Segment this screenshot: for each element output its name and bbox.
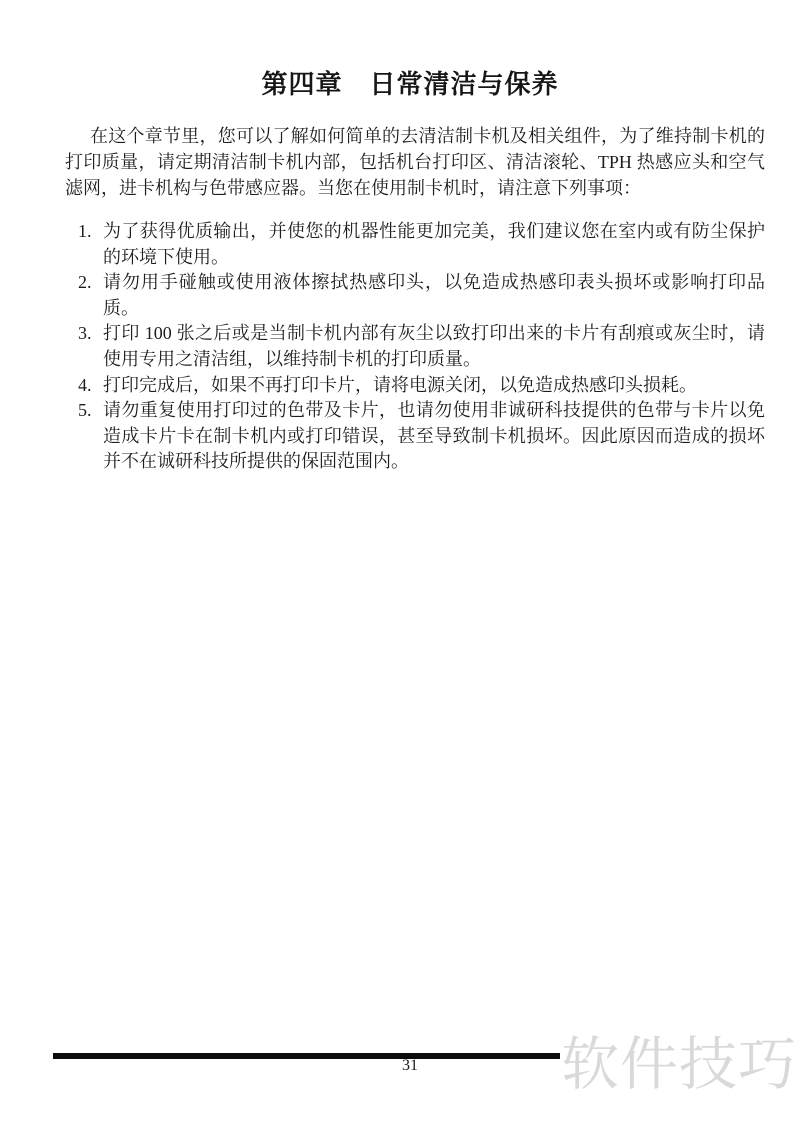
chapter-title: 第四章 日常清洁与保养 — [60, 64, 760, 101]
list-item: 1. 为了获得优质输出，并使您的机器性能更加完美，我们建议您在室内或有防尘保护的… — [78, 219, 765, 270]
document-page: 第四章 日常清洁与保养 在这个章节里，您可以了解如何简单的去清洁制卡机及相关组件… — [0, 0, 800, 1132]
list-item-text: 请勿重复使用打印过的色带及卡片，也请勿使用非诚研科技提供的色带与卡片以免造成卡片… — [103, 398, 765, 475]
list-item-text: 打印完成后，如果不再打印卡片，请将电源关闭，以免造成热感印头损耗。 — [103, 373, 765, 399]
list-item: 2. 请勿用手碰触或使用液体擦拭热感印头，以免造成热感印表头损坏或影响打印品质。 — [78, 270, 765, 321]
footer-rule — [53, 1053, 560, 1059]
page-number: 31 — [385, 1057, 435, 1075]
list-item-number: 2. — [78, 270, 103, 321]
list-item: 3. 打印 100 张之后或是当制卡机内部有灰尘以致打印出来的卡片有刮痕或灰尘时… — [78, 321, 765, 372]
list-item: 4. 打印完成后，如果不再打印卡片，请将电源关闭，以免造成热感印头损耗。 — [78, 373, 765, 399]
list-item-number: 3. — [78, 321, 103, 372]
notes-list: 1. 为了获得优质输出，并使您的机器性能更加完美，我们建议您在室内或有防尘保护的… — [78, 219, 765, 475]
list-item-text: 请勿用手碰触或使用液体擦拭热感印头，以免造成热感印表头损坏或影响打印品质。 — [103, 270, 765, 321]
list-item-text: 为了获得优质输出，并使您的机器性能更加完美，我们建议您在室内或有防尘保护的环境下… — [103, 219, 765, 270]
list-item-number: 1. — [78, 219, 103, 270]
list-item-number: 5. — [78, 398, 103, 475]
list-item-text: 打印 100 张之后或是当制卡机内部有灰尘以致打印出来的卡片有刮痕或灰尘时，请使… — [103, 321, 765, 372]
intro-paragraph: 在这个章节里，您可以了解如何简单的去清洁制卡机及相关组件，为了维持制卡机的打印质… — [65, 123, 765, 201]
list-item-number: 4. — [78, 373, 103, 399]
list-item: 5. 请勿重复使用打印过的色带及卡片，也请勿使用非诚研科技提供的色带与卡片以免造… — [78, 398, 765, 475]
watermark-text: 软件技巧 — [561, 1036, 797, 1094]
